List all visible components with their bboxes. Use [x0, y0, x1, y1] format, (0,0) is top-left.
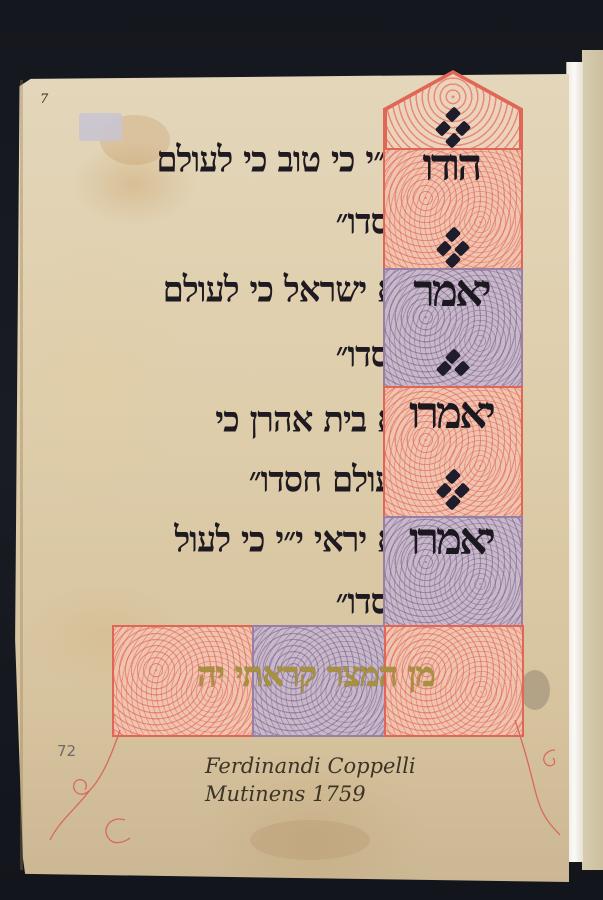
initial-word-hodu: הודו	[383, 140, 519, 191]
text-line: נא יראי י״י כי לעול	[174, 519, 408, 561]
text-line: נא בית אהרן כי	[215, 399, 408, 441]
library-label-patch	[79, 113, 122, 141]
stain	[250, 820, 370, 860]
right-flourish-icon	[505, 720, 565, 840]
pencil-shelfmark: 72	[57, 742, 76, 760]
page-left-edge	[20, 80, 23, 870]
folio-number: 7	[40, 92, 48, 107]
owner-inscription: Ferdinandi Coppelli Mutinens 1759	[205, 752, 465, 808]
owner-inscription-line-2: Mutinens 1759	[205, 780, 465, 808]
text-line: לי״י כי טוב כי לעולם	[156, 139, 408, 181]
initial-word-yomru-2: יאמרו	[383, 514, 519, 565]
initial-word-yomar: יאמר	[383, 266, 519, 317]
gold-text-line: מן המצר קראתי יה	[112, 655, 520, 695]
bottom-decorated-frame: מן המצר קראתי יה	[112, 625, 520, 733]
owner-inscription-line-1: Ferdinandi Coppelli	[205, 752, 465, 780]
adjacent-page-edge	[582, 50, 603, 870]
stain	[520, 670, 550, 710]
left-flourish-icon	[30, 720, 150, 860]
text-line: נא ישראל כי לעולם	[163, 269, 408, 311]
decorated-initial-column: הודו יאמר יאמרו יאמרו	[383, 70, 523, 630]
initial-word-yomru-1: יאמרו	[383, 388, 519, 439]
